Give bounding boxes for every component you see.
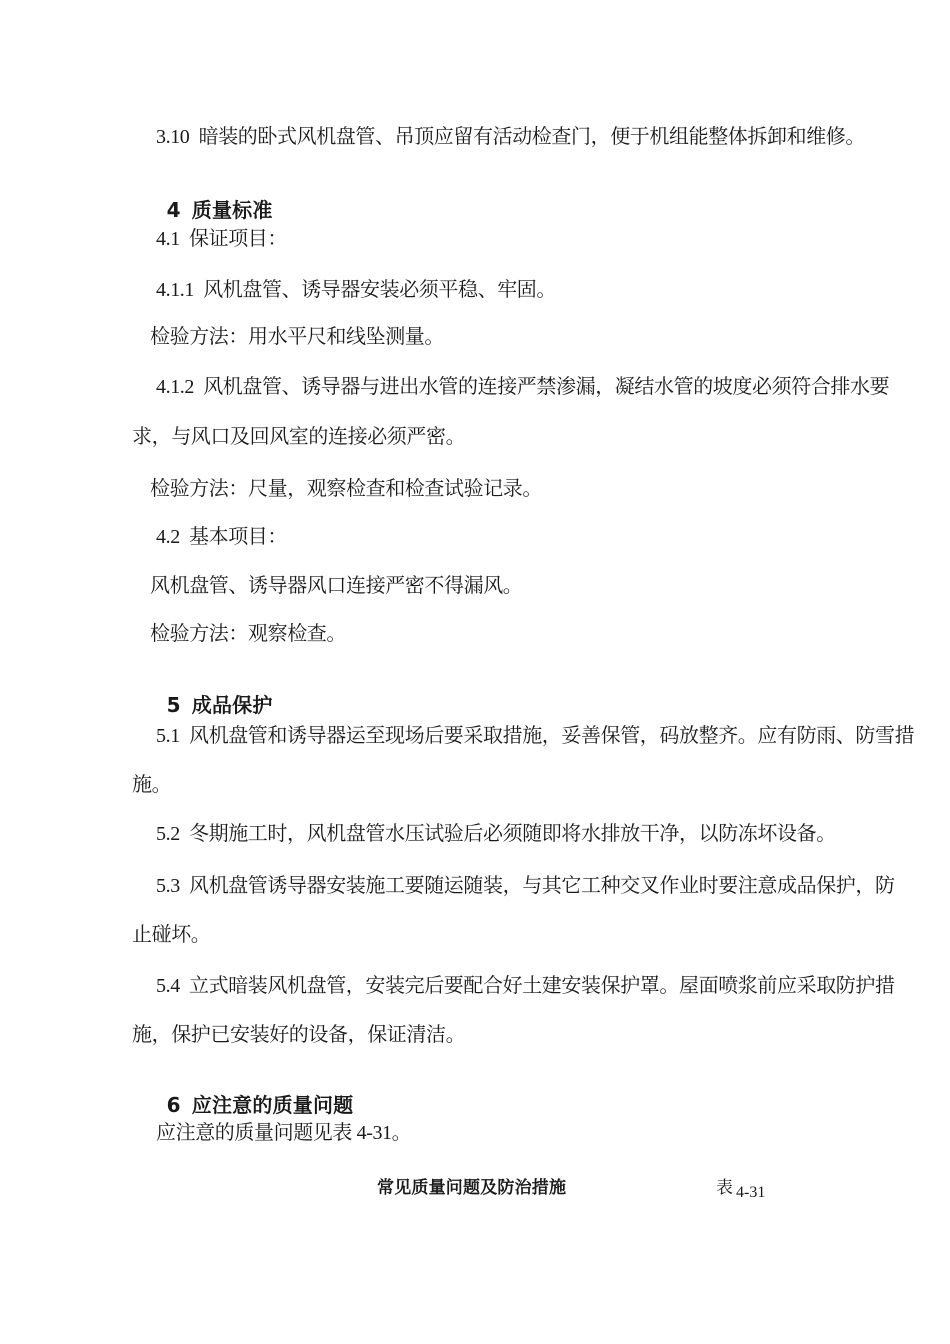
paragraph-4-1: 4.1 保证项目：	[156, 229, 287, 250]
paragraph-5-2: 5.2 冬期施工时，风机盘管水压试验后必须随即将水排放干净，以防冻坏设备。	[156, 824, 836, 845]
document-page: 3.10 暗装的卧式风机盘管、吊顶应留有活动检查门，便于机组能整体拆卸和维修。 …	[0, 0, 950, 1344]
paragraph-4-1-2-line2: 求，与风口及回风室的连接必须严密。	[132, 427, 465, 448]
section-6-title: 应注意的质量问题	[192, 1093, 354, 1117]
inspection-method-4-2: 检验方法：观察检查。	[150, 624, 346, 645]
paragraph-4-2-body: 风机盘管、诱导器风口连接严密不得漏风。	[150, 576, 522, 597]
paragraph-5-4-line2: 施，保护已安装好的设备，保证清洁。	[132, 1025, 465, 1046]
inspection-method-4-1-1: 检验方法：用水平尺和线坠测量。	[150, 327, 444, 348]
section-4-title: 质量标准	[192, 198, 273, 222]
section-5-title: 成品保护	[192, 693, 273, 717]
paragraph-5-1-line2: 施。	[132, 775, 171, 796]
paragraph-3-10: 3.10 暗装的卧式风机盘管、吊顶应留有活动检查门，便于机组能整体拆卸和维修。	[156, 127, 865, 148]
table-number: 4-31	[736, 1184, 765, 1202]
paragraph-6-intro: 应注意的质量问题见表 4-31。	[156, 1123, 411, 1144]
section-4-number: 4	[167, 198, 181, 222]
paragraph-4-1-2-line1: 4.1.2 风机盘管、诱导器与进出水管的连接严禁渗漏，凝结水管的坡度必须符合排水…	[156, 377, 889, 398]
table-label: 表	[716, 1173, 733, 1198]
section-6-number: 6	[167, 1093, 181, 1117]
paragraph-4-1-1: 4.1.1 风机盘管、诱导器安装必须平稳、牢固。	[156, 280, 556, 301]
paragraph-5-3-line2: 止碰坏。	[132, 925, 210, 946]
table-caption-title: 常见质量问题及防治措施	[377, 1173, 566, 1198]
paragraph-5-3-line1: 5.3 风机盘管诱导器安装施工要随运随装，与其它工种交叉作业时要注意成品保护，防	[156, 876, 895, 897]
table-caption-row: 常见质量问题及防治措施 表 4-31	[0, 1173, 950, 1213]
section-5-number: 5	[167, 693, 181, 717]
paragraph-5-4-line1: 5.4 立式暗装风机盘管，安装完后要配合好土建安装保护罩。屋面喷浆前应采取防护措	[156, 976, 895, 997]
paragraph-5-1-line1: 5.1 风机盘管和诱导器运至现场后要采取措施，妥善保管，码放整齐。应有防雨、防雪…	[156, 726, 914, 747]
paragraph-4-2: 4.2 基本项目：	[156, 527, 287, 548]
inspection-method-4-1-2: 检验方法：尺量，观察检查和检查试验记录。	[150, 479, 542, 500]
